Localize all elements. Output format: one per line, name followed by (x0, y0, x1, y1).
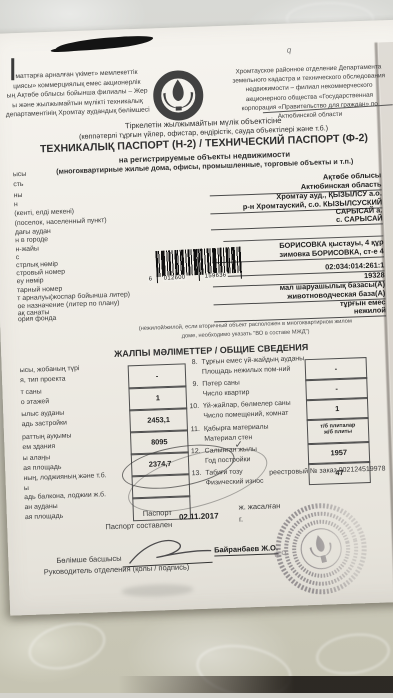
form-label: Пәтер саны (202, 377, 312, 388)
barcode-digits-group1: 012600 (163, 275, 187, 282)
form-label: Тұрғын емес үй-жайдың ауданы (201, 355, 311, 366)
item-number: 10. (181, 403, 199, 411)
form-label: Число квартир (203, 387, 313, 398)
form-label: Площадь нежилых пом-ний (202, 365, 312, 376)
state-corporation-emblem-icon (151, 69, 205, 123)
field-label: сть (13, 176, 153, 188)
barcode: 6 012600 159636 (155, 246, 249, 285)
form-label: Қабырға материалы (204, 422, 314, 433)
barcode-digits-group2: 159636 (204, 272, 228, 279)
passport-date: 02.11.2017 (179, 511, 219, 521)
document-paper: q маттарға арналған үкімет» мемлекеттік … (0, 19, 393, 615)
form-label: Число помещений, комнат (203, 409, 313, 420)
item-number: 8. (179, 359, 197, 367)
pen-mark-q: q (287, 46, 292, 55)
head-of-division-label-kz: Бөлімше басшысы (56, 554, 121, 565)
item-number: 11. (182, 426, 200, 434)
item-number: 12. (183, 448, 201, 456)
passport-label-ru: Паспорт составлен (65, 520, 172, 533)
pencil-smudge (121, 583, 193, 598)
item-number: 9. (180, 381, 198, 389)
marker-redaction (50, 44, 94, 54)
barcode-digit: 6 (148, 276, 154, 282)
item-number: 13. (183, 470, 201, 478)
form-label: Үй-жайлар, бөлмелер саны (203, 399, 313, 410)
photo-bottom-edge (0, 693, 393, 698)
table-edge-shadow (0, 676, 393, 694)
head-of-division-name: Байранбаев Ж.О. (214, 543, 278, 556)
form-label: Материал стен (204, 432, 314, 443)
photo-of-document: q маттарға арналған үкімет» мемлекеттік … (0, 0, 393, 698)
made-label-ru: г. (239, 514, 243, 523)
org-name-kazakh: маттарға арналған үкімет» мемлекеттік ци… (1, 67, 153, 120)
